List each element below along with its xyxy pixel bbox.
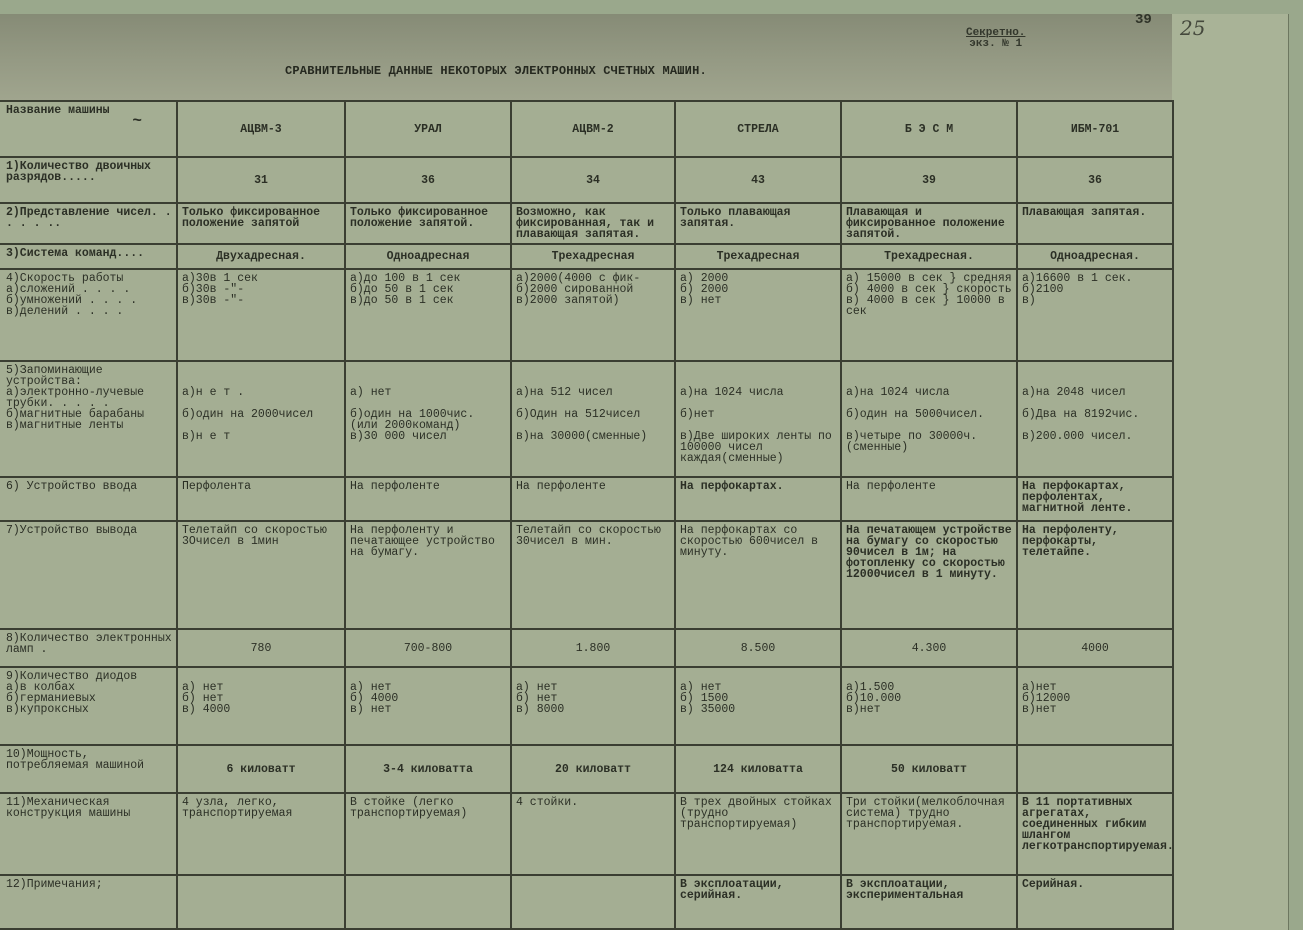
row-label: 11)Механическая конструкция машины: [0, 793, 177, 875]
cell: 34: [511, 157, 675, 203]
table-row: 7)Устройство вывода Телетайп со скорость…: [0, 521, 1173, 629]
cell: 4.300: [841, 629, 1017, 667]
row-label: 6) Устройство ввода: [0, 477, 177, 521]
cell: а) нет б) нет в) 8000: [511, 667, 675, 745]
cell: 1.800: [511, 629, 675, 667]
cell: 124 киловатта: [675, 745, 841, 793]
cell: В трех двойных стойках (трудно транспорт…: [675, 793, 841, 875]
cell: [1017, 745, 1173, 793]
cell: На перфокартах.: [675, 477, 841, 521]
cell: Перфолента: [177, 477, 345, 521]
cell: 43: [675, 157, 841, 203]
cell: а)16600 в 1 сек. б)2100 в): [1017, 269, 1173, 361]
row-label: 5)Запоминающие устройства: а)электронно-…: [0, 361, 177, 477]
cell: а) нет б) 4000 в) нет: [345, 667, 511, 745]
tilde-mark: ~: [6, 116, 172, 127]
cell: а)нет б)12000 в)нет: [1017, 667, 1173, 745]
cell: Три стойки(мелкоблочная система) трудно …: [841, 793, 1017, 875]
cell: 8.500: [675, 629, 841, 667]
cell: а)30в 1 сек б)30в -"- в)30в -"-: [177, 269, 345, 361]
cell: а) 15000 в сек } средняя б) 4000 в сек }…: [841, 269, 1017, 361]
cell: а) нет б) нет в) 4000: [177, 667, 345, 745]
machine-header: СТРЕЛА: [675, 101, 841, 157]
cell: Трехадресная: [511, 244, 675, 269]
secrecy-stamp: Секретно. экз. № 1: [966, 28, 1025, 50]
row-label: 4)Скорость работы а)сложений . . . . б)у…: [0, 269, 177, 361]
cell: Только фиксированное положение запятой.: [345, 203, 511, 244]
cell: 780: [177, 629, 345, 667]
cell: а)на 1024 числа б)нет в)Две широких лент…: [675, 361, 841, 477]
cell: 31: [177, 157, 345, 203]
comparison-table: Название машины~ АЦВМ-3 УРАЛ АЦВМ-2 СТРЕ…: [0, 100, 1174, 930]
table-row: 5)Запоминающие устройства: а)электронно-…: [0, 361, 1173, 477]
corner-number: 39: [1135, 12, 1152, 28]
cell: На печатающем устройстве на бумагу со ск…: [841, 521, 1017, 629]
cell: Серийная.: [1017, 875, 1173, 929]
cell: На перфокартах со скоростью 600чисел в м…: [675, 521, 841, 629]
table-row: 6) Устройство ввода Перфолента На перфол…: [0, 477, 1173, 521]
cell: 4 стойки.: [511, 793, 675, 875]
cell: В эксплоатации, экспериментальная: [841, 875, 1017, 929]
cell: На перфоленте: [511, 477, 675, 521]
stamp-line-2: экз. № 1: [966, 39, 1025, 50]
table-row: 2)Представление чисел. . . . . .. Только…: [0, 203, 1173, 244]
cell: Телетайп со скоростью 3Очисел в 1мин: [177, 521, 345, 629]
machine-header: Б Э С М: [841, 101, 1017, 157]
cell: Только фиксированное положение запятой: [177, 203, 345, 244]
cell: 50 киловатт: [841, 745, 1017, 793]
row-label: 8)Количество электронных ламп .: [0, 629, 177, 667]
machine-header: УРАЛ: [345, 101, 511, 157]
cell: На перфоленте: [345, 477, 511, 521]
row-label: 2)Представление чисел. . . . . ..: [0, 203, 177, 244]
cell: На перфоленту, перфокарты, телетайпе.: [1017, 521, 1173, 629]
cell: Одноадресная: [345, 244, 511, 269]
cell: В 11 портативных агрегатах, соединенных …: [1017, 793, 1173, 875]
header-label: Название машины: [6, 104, 110, 117]
table-row: 11)Механическая конструкция машины 4 узл…: [0, 793, 1173, 875]
cell: 700-800: [345, 629, 511, 667]
row-label: 12)Примечания;: [0, 875, 177, 929]
cell: а)до 100 в 1 сек б)до 50 в 1 сек в)до 50…: [345, 269, 511, 361]
header-label-cell: Название машины~: [0, 101, 177, 157]
cell: На перфокартах, перфолентах, магнитной л…: [1017, 477, 1173, 521]
cell: 39: [841, 157, 1017, 203]
cell: На перфоленте: [841, 477, 1017, 521]
table-row: 3)Система команд.... Двухадресная. Одноа…: [0, 244, 1173, 269]
cell: Двухадресная.: [177, 244, 345, 269]
page-margin: [1172, 14, 1289, 930]
cell: а) нет б)один на 1000чис. (или 2000коман…: [345, 361, 511, 477]
cell: Трехадресная: [675, 244, 841, 269]
cell: 4000: [1017, 629, 1173, 667]
cell: В стойке (легко транспортируемая): [345, 793, 511, 875]
cell: а)н е т . б)один на 2000чисел в)н е т: [177, 361, 345, 477]
table-row: 8)Количество электронных ламп . 780 700-…: [0, 629, 1173, 667]
cell: На перфоленту и печатающее устройство на…: [345, 521, 511, 629]
table-row: 12)Примечания; В эксплоатации, серийная.…: [0, 875, 1173, 929]
table-row: 9)Количество диодов а)в колбах б)германи…: [0, 667, 1173, 745]
machine-header: ИБМ-701: [1017, 101, 1173, 157]
cell: Трехадресная.: [841, 244, 1017, 269]
cell: В эксплоатации, серийная.: [675, 875, 841, 929]
cell: а) 2000 б) 2000 в) нет: [675, 269, 841, 361]
page-number: 25: [1180, 16, 1205, 40]
row-label: 10)Мощность, потребляемая машиной: [0, 745, 177, 793]
cell: а)на 2048 чисел б)Два на 8192чис. в)200.…: [1017, 361, 1173, 477]
cell: а)2000(4000 с фик- б)2000 сированной в)2…: [511, 269, 675, 361]
row-label: 3)Система команд....: [0, 244, 177, 269]
cell: Плавающая и фиксированное положение запя…: [841, 203, 1017, 244]
cell: [511, 875, 675, 929]
machine-header: АЦВМ-3: [177, 101, 345, 157]
header-row: Название машины~ АЦВМ-3 УРАЛ АЦВМ-2 СТРЕ…: [0, 101, 1173, 157]
cell: Телетайп со скоростью 30чисел в мин.: [511, 521, 675, 629]
cell: 36: [1017, 157, 1173, 203]
cell: [345, 875, 511, 929]
cell: 36: [345, 157, 511, 203]
cell: 3-4 киловатта: [345, 745, 511, 793]
cell: [177, 875, 345, 929]
cell: 6 киловатт: [177, 745, 345, 793]
table-row: 1)Количество двоичных разрядов..... 31 3…: [0, 157, 1173, 203]
table-row: 4)Скорость работы а)сложений . . . . б)у…: [0, 269, 1173, 361]
row-label: 7)Устройство вывода: [0, 521, 177, 629]
table-row: 10)Мощность, потребляемая машиной 6 кило…: [0, 745, 1173, 793]
cell: Плавающая запятая.: [1017, 203, 1173, 244]
machine-header: АЦВМ-2: [511, 101, 675, 157]
document-title: СРАВНИТЕЛЬНЫЕ ДАННЫЕ НЕКОТОРЫХ ЭЛЕКТРОНН…: [285, 64, 707, 78]
cell: Возможно, как фиксированная, так и плава…: [511, 203, 675, 244]
cell: 20 киловатт: [511, 745, 675, 793]
cell: а) нет б) 1500 в) 35000: [675, 667, 841, 745]
cell: Одноадресная.: [1017, 244, 1173, 269]
row-label: 9)Количество диодов а)в колбах б)германи…: [0, 667, 177, 745]
cell: а)на 512 чисел б)Один на 512чисел в)на 3…: [511, 361, 675, 477]
cell: а)на 1024 числа б)один на 5000чисел. в)ч…: [841, 361, 1017, 477]
cell: а)1.500 б)10.000 в)нет: [841, 667, 1017, 745]
cell: Только плавающая запятая.: [675, 203, 841, 244]
row-label: 1)Количество двоичных разрядов.....: [0, 157, 177, 203]
cell: 4 узла, легко, транспортируемая: [177, 793, 345, 875]
